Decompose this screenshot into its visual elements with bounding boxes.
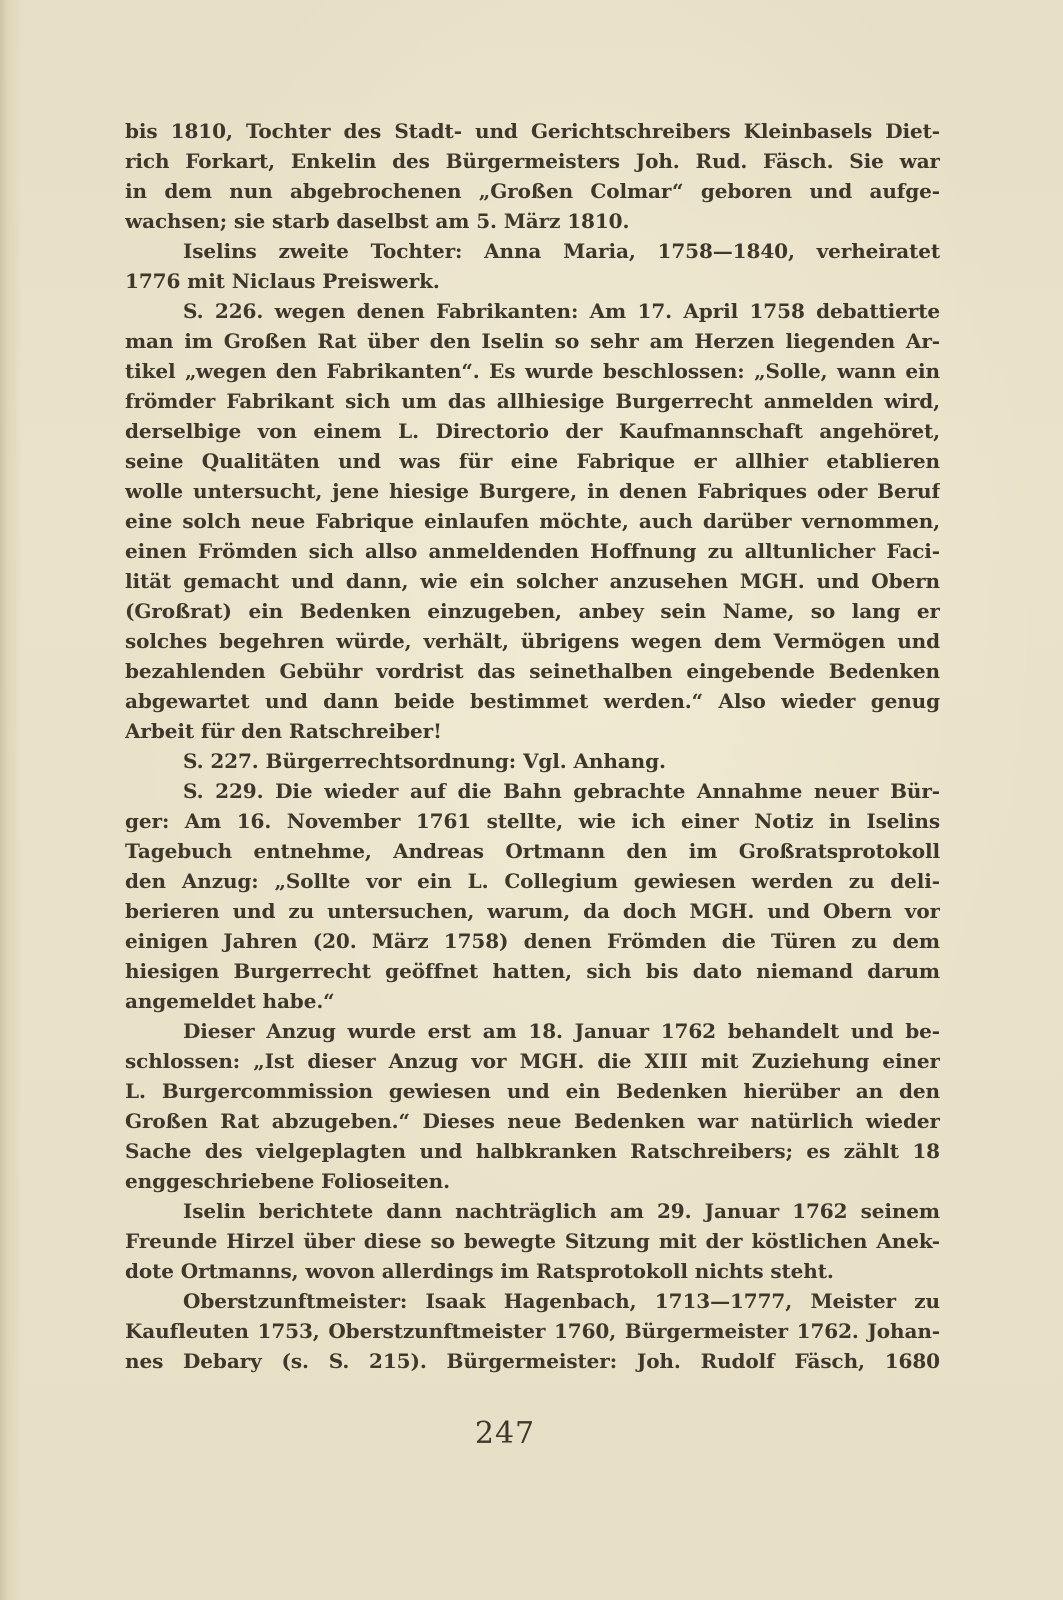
- text-line: ger: Am 16. November 1761 stellte, wie i…: [125, 806, 940, 836]
- text-line: Iselin berichtete dann nachträglich am 2…: [125, 1196, 940, 1226]
- text-line: lität gemacht und dann, wie ein solcher …: [125, 566, 940, 596]
- text-line: abgewartet und dann beide bestimmet werd…: [125, 686, 940, 716]
- text-line: 1776 mit Niclaus Preiswerk.: [125, 266, 940, 296]
- text-line: wachsen; sie starb daselbst am 5. März 1…: [125, 206, 940, 236]
- text-line: man im Großen Rat über den Iselin so seh…: [125, 326, 940, 356]
- page-number: 247: [125, 1416, 885, 1451]
- text-line: Iselins zweite Tochter: Anna Maria, 1758…: [125, 236, 940, 266]
- text-line: (Großrat) ein Bedenken einzugeben, anbey…: [125, 596, 940, 626]
- text-line: rich Forkart, Enkelin des Bürgermeisters…: [125, 146, 940, 176]
- text-line: S. 227. Bürgerrechtsordnung: Vgl. Anhang…: [125, 746, 940, 776]
- text-line: einen Frömden sich allso anmeldenden Hof…: [125, 536, 940, 566]
- text-line: Freunde Hirzel über diese so bewegte Sit…: [125, 1226, 940, 1256]
- scanned-book-page: bis 1810, Tochter des Stadt- und Gericht…: [0, 0, 1063, 1600]
- text-line: bezahlenden Gebühr vordrist das seinetha…: [125, 656, 940, 686]
- text-block: bis 1810, Tochter des Stadt- und Gericht…: [125, 116, 940, 1376]
- text-line: S. 229. Die wieder auf die Bahn gebracht…: [125, 776, 940, 806]
- text-line: eine solch neue Fabrique einlaufen möcht…: [125, 506, 940, 536]
- text-line: den Anzug: „Sollte vor ein L. Collegium …: [125, 866, 940, 896]
- text-line: Oberstzunftmeister: Isaak Hagenbach, 171…: [125, 1286, 940, 1316]
- text-line: L. Burgercommission gewiesen und ein Bed…: [125, 1076, 940, 1106]
- text-line: dote Ortmanns, wovon allerdings im Ratsp…: [125, 1256, 940, 1286]
- text-line: nes Debary (s. S. 215). Bürgermeister: J…: [125, 1346, 940, 1376]
- text-line: frömder Fabrikant sich um das allhiesige…: [125, 386, 940, 416]
- text-line: Tagebuch entnehme, Andreas Ortmann den i…: [125, 836, 940, 866]
- text-line: S. 226. wegen denen Fabrikanten: Am 17. …: [125, 296, 940, 326]
- text-line: berieren und zu untersuchen, warum, da d…: [125, 896, 940, 926]
- text-line: hiesigen Burgerrecht geöffnet hatten, si…: [125, 956, 940, 986]
- text-line: bis 1810, Tochter des Stadt- und Gericht…: [125, 116, 940, 146]
- text-line: Sache des vielgeplagten und halbkranken …: [125, 1136, 940, 1166]
- text-line: angemeldet habe.“: [125, 986, 940, 1016]
- text-line: Kaufleuten 1753, Oberstzunftmeister 1760…: [125, 1316, 940, 1346]
- text-line: schlossen: „Ist dieser Anzug vor MGH. di…: [125, 1046, 940, 1076]
- text-line: Großen Rat abzugeben.“ Dieses neue Beden…: [125, 1106, 940, 1136]
- text-line: einigen Jahren (20. März 1758) denen Frö…: [125, 926, 940, 956]
- text-line: seine Qualitäten und was für eine Fabriq…: [125, 446, 940, 476]
- text-line: Arbeit für den Ratschreiber!: [125, 716, 940, 746]
- text-line: wolle untersucht, jene hiesige Burgere, …: [125, 476, 940, 506]
- text-line: enggeschriebene Folioseiten.: [125, 1166, 940, 1196]
- text-line: derselbige von einem L. Directorio der K…: [125, 416, 940, 446]
- text-line: tikel „wegen den Fabrikanten“. Es wurde …: [125, 356, 940, 386]
- text-line: Dieser Anzug wurde erst am 18. Januar 17…: [125, 1016, 940, 1046]
- text-line: solches begehren würde, verhält, übrigen…: [125, 626, 940, 656]
- text-line: in dem nun abgebrochenen „Großen Colmar“…: [125, 176, 940, 206]
